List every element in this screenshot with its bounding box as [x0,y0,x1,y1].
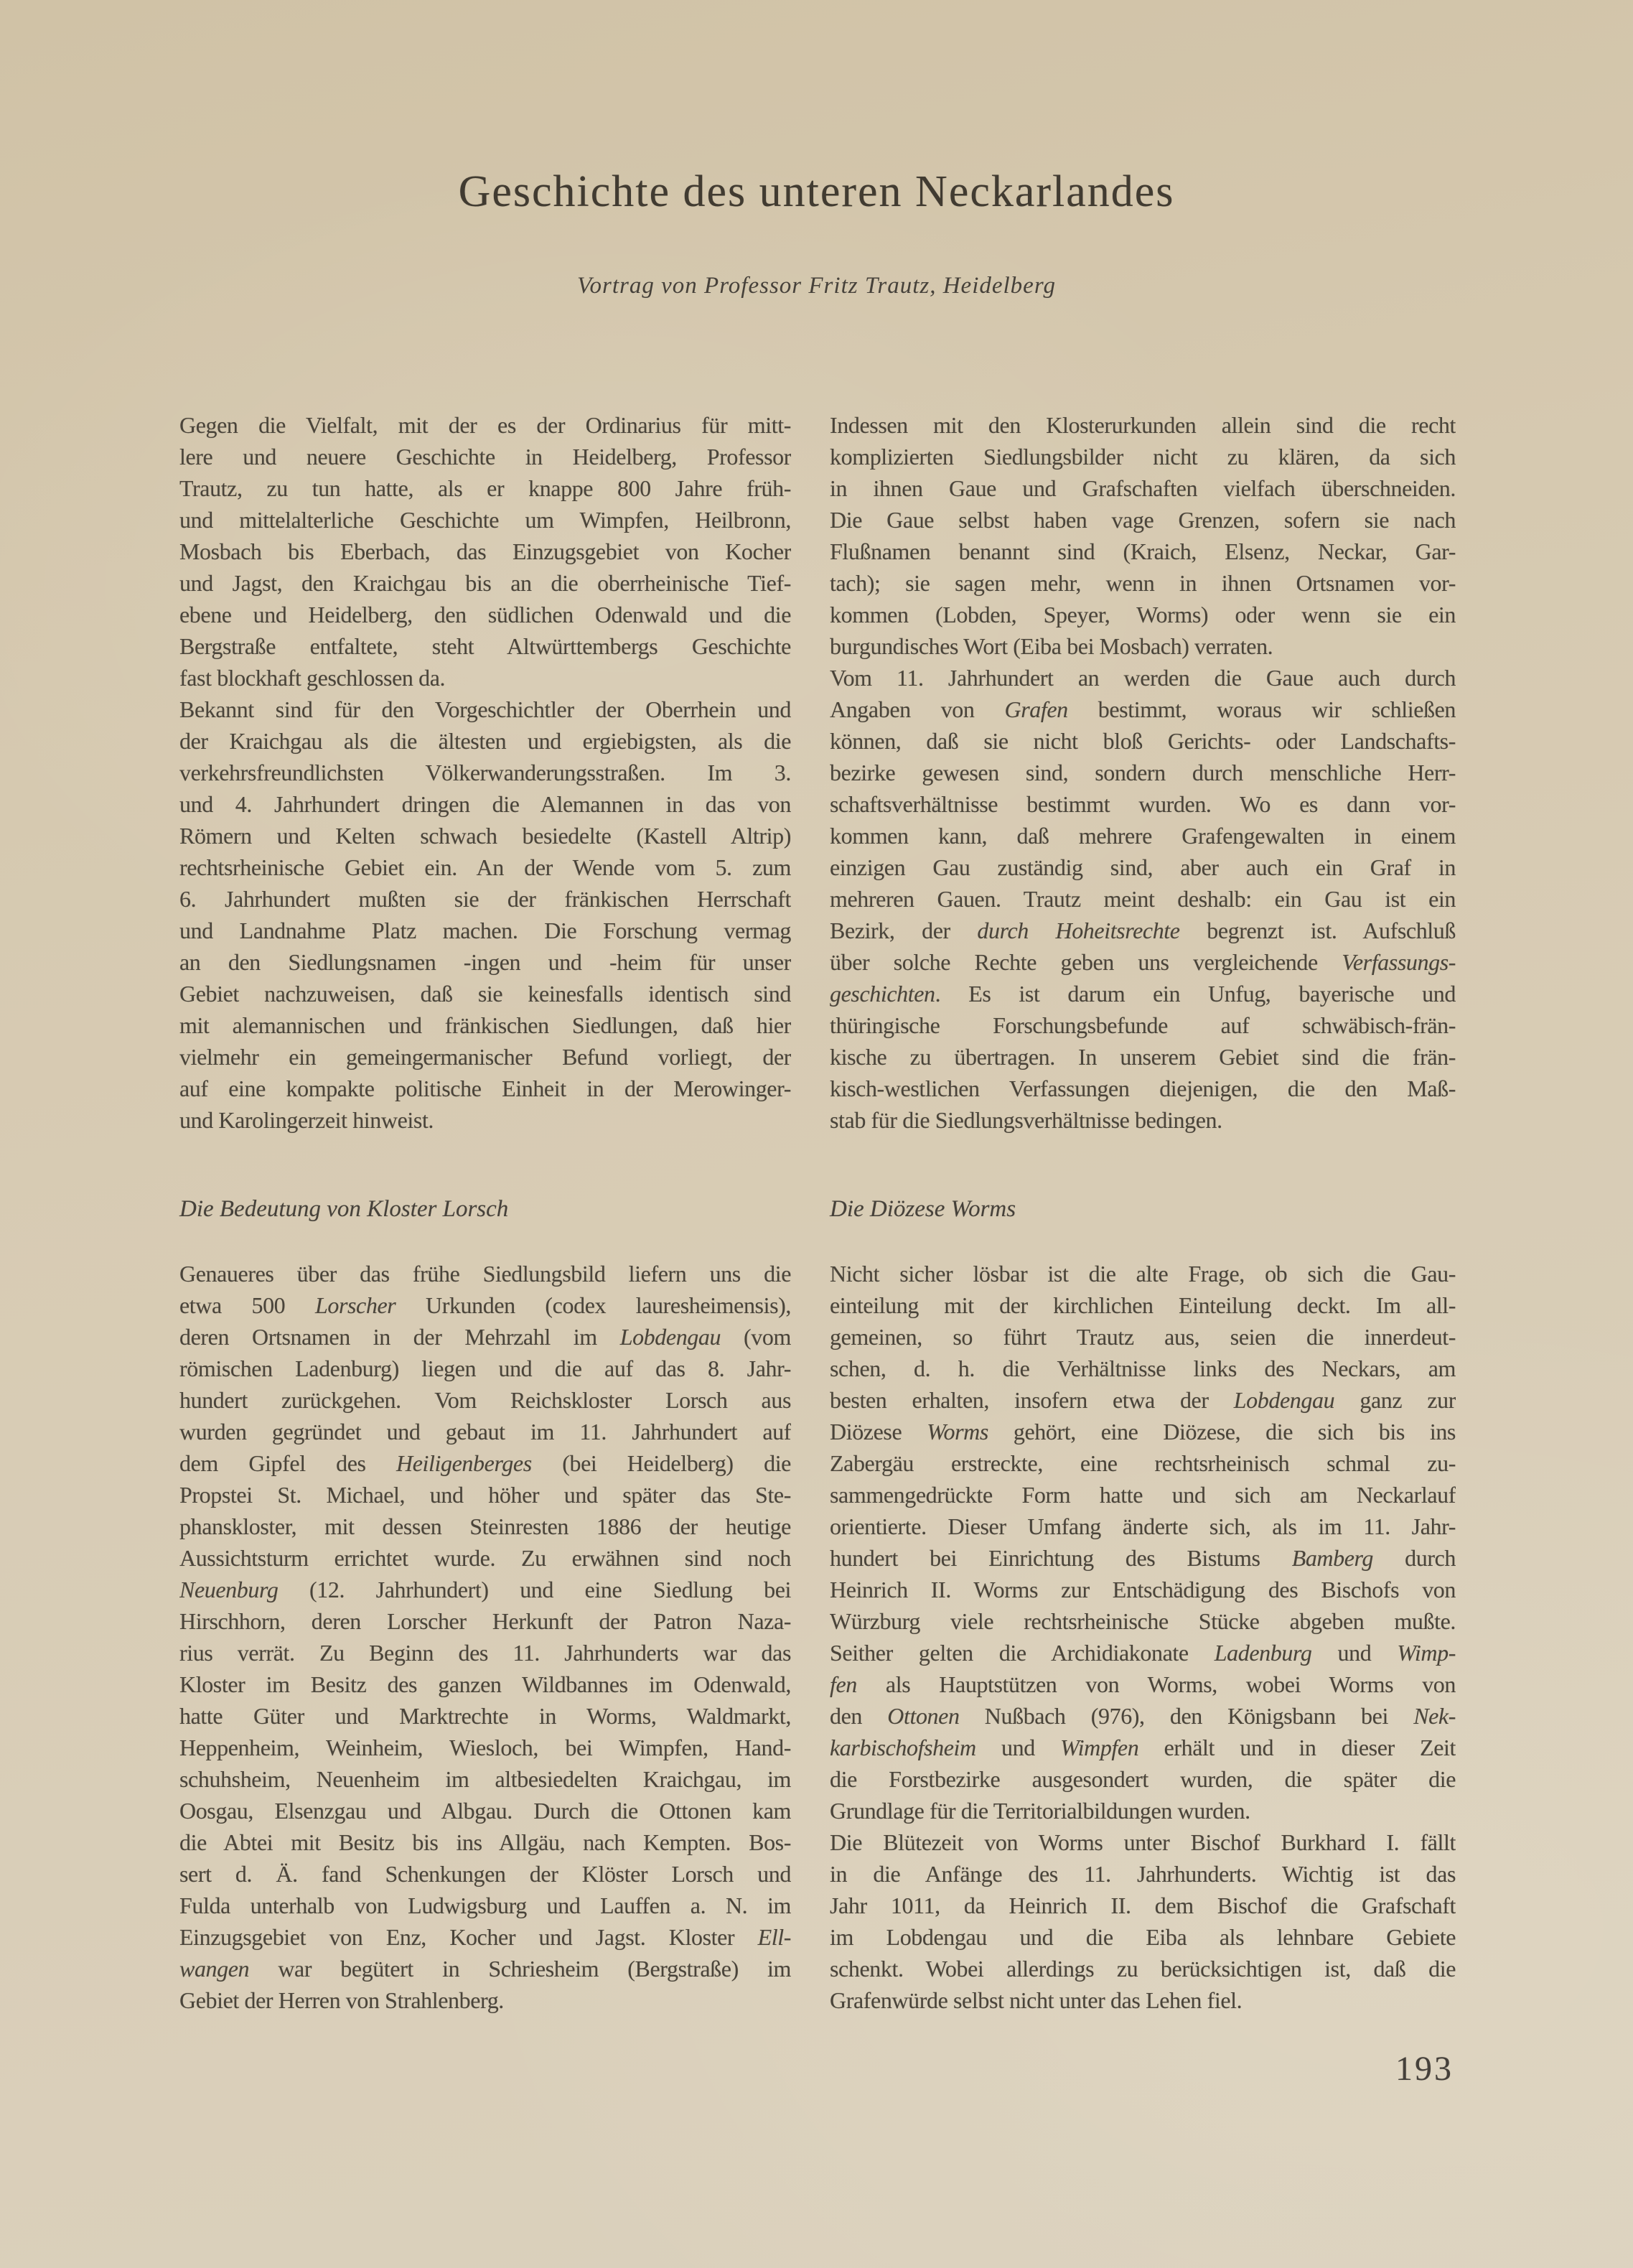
italic-run: Ladenburg [1215,1640,1312,1666]
text-line: orientierte. Dieser Umfang änderte sich,… [830,1511,1456,1542]
italic-run: Bamberg [1292,1545,1373,1571]
text-line: und Karolingerzeit hinweist. [179,1104,791,1136]
text-line: Propstei St. Michael, und höher und spät… [179,1479,791,1511]
text-line: komplizierten Siedlungsbilder nicht zu k… [830,441,1456,472]
text-line: sert d. Ä. fand Schenkungen der Klöster … [179,1858,791,1890]
italic-run: Ottonen [887,1703,959,1729]
text-line: Bezirk, der durch Hoheitsrechte begrenzt… [830,915,1456,946]
text-line: Gegen die Vielfalt, mit der es der Ordin… [179,409,791,441]
text-line: etwa 500 Lorscher Urkunden (codex laures… [179,1289,791,1321]
text-line: Aussichtsturm errichtet wurde. Zu erwähn… [179,1542,791,1574]
text-line: schen, d. h. die Verhältnisse links des … [830,1353,1456,1384]
text-line: Bekannt sind für den Vorgeschichtler der… [179,694,791,725]
text-line: wurden gegründet und gebaut im 11. Jahrh… [179,1416,791,1447]
text-line: fast blockhaft geschlossen da. [179,662,791,694]
paragraph: Gegen die Vielfalt, mit der es der Ordin… [179,409,791,694]
text-line: Jahr 1011, da Heinrich II. dem Bischof d… [830,1890,1456,1921]
text-line: Flußnamen benannt sind (Kraich, Elsenz, … [830,536,1456,567]
paragraph: Genaueres über das frühe Siedlungsbild l… [179,1258,791,2016]
page-subtitle: Vortrag von Professor Fritz Trautz, Heid… [0,273,1633,299]
text-line: burgundisches Wort (Eiba bei Mosbach) ve… [830,630,1456,662]
text-line: Trautz, zu tun hatte, als er knappe 800 … [179,472,791,504]
text-line: rechtsrheinische Gebiet ein. An der Wend… [179,851,791,883]
text-line: über solche Rechte geben uns vergleichen… [830,946,1456,978]
text-line: schuhsheim, Neuenheim im altbesiedelten … [179,1763,791,1795]
text-line: in die Anfänge des 11. Jahrhunderts. Wic… [830,1858,1456,1890]
text-line: Die Blütezeit von Worms unter Bischof Bu… [830,1826,1456,1858]
text-line: Heppenheim, Weinheim, Wiesloch, bei Wimp… [179,1732,791,1763]
text-line: tach); sie sagen mehr, wenn in ihnen Ort… [830,567,1456,599]
text-line: 6. Jahrhundert mußten sie der fränkische… [179,883,791,915]
italic-run: Grafen [1005,696,1068,722]
text-line: und 4. Jahrhundert dringen die Alemannen… [179,788,791,820]
text-line: sammengedrückte Form hatte und sich am N… [830,1479,1456,1511]
text-line: thüringische Forschungsbefunde auf schwä… [830,1009,1456,1041]
text-line: Fulda unterhalb von Ludwigsburg und Lauf… [179,1890,791,1921]
text-line: die Forstbezirke ausgesondert wurden, di… [830,1763,1456,1795]
text-line: Nicht sicher lösbar ist die alte Frage, … [830,1258,1456,1289]
paragraph: Nicht sicher lösbar ist die alte Frage, … [830,1258,1456,1826]
page-number: 193 [1395,2049,1454,2089]
text-line: kische zu übertragen. In unserem Gebiet … [830,1041,1456,1073]
text-line: dem Gipfel des Heiligenberges (bei Heide… [179,1447,791,1479]
italic-run: geschichten [830,981,935,1007]
italic-run: Heiligenberges [396,1450,532,1476]
text-line: Bergstraße entfaltete, steht Altwürttemb… [179,630,791,662]
text-line: ebene und Heidelberg, den südlichen Oden… [179,599,791,630]
text-line: und Landnahme Platz machen. Die Forschun… [179,915,791,946]
text-line: Die Gaue selbst haben vage Grenzen, sofe… [830,504,1456,536]
text-line: der Kraichgau als die ältesten und ergie… [179,725,791,757]
text-line: hatte Güter und Marktrechte in Worms, Wa… [179,1700,791,1732]
text-line: Römern und Kelten schwach besiedelte (Ka… [179,820,791,851]
text-line: schaftsverhältnisse bestimmt wurden. Wo … [830,788,1456,820]
page-title: Geschichte des unteren Neckarlandes [0,167,1633,218]
text-line: hundert zurückgehen. Vom Reichskloster L… [179,1384,791,1416]
text-line: kommen kann, daß mehrere Grafengewalten … [830,820,1456,851]
text-line: Diözese Worms gehört, eine Diözese, die … [830,1416,1456,1447]
text-line: phanskloster, mit dessen Steinresten 188… [179,1511,791,1542]
text-line: und Jagst, den Kraichgau bis an die ober… [179,567,791,599]
text-line: vielmehr ein gemeingermanischer Befund v… [179,1041,791,1073]
text-line: gemeinen, so führt Trautz aus, seien die… [830,1321,1456,1353]
text-column-left: Gegen die Vielfalt, mit der es der Ordin… [179,409,791,2016]
text-line: verkehrsfreundlichsten Völkerwanderungss… [179,757,791,788]
text-line: an den Siedlungsnamen -ingen und -heim f… [179,946,791,978]
text-line: Gebiet der Herren von Strahlenberg. [179,1984,791,2016]
italic-run: Lobdengau [620,1324,721,1350]
italic-run: Ell- [758,1924,791,1950]
text-line: kisch-westlichen Verfassungen diejenigen… [830,1073,1456,1104]
text-line: einteilung mit der kirchlichen Einteilun… [830,1289,1456,1321]
text-line: Mosbach bis Eberbach, das Einzugsgebiet … [179,536,791,567]
italic-run: Lorscher [315,1292,396,1318]
italic-run: Worms [927,1419,988,1445]
text-line: in ihnen Gaue und Grafschaften vielfach … [830,472,1456,504]
text-line: bezirke gewesen sind, sondern durch mens… [830,757,1456,788]
italic-run: Verfassungs- [1342,949,1456,975]
text-line: schenkt. Wobei allerdings zu berücksicht… [830,1953,1456,1984]
text-line: Würzburg viele rechtsrheinische Stücke a… [830,1605,1456,1637]
text-line: Seither gelten die Archidiakonate Ladenb… [830,1637,1456,1669]
text-line: Genaueres über das frühe Siedlungsbild l… [179,1258,791,1289]
text-line: besten erhalten, insofern etwa der Lobde… [830,1384,1456,1416]
italic-run: wangen [179,1956,249,1982]
text-column-right: Indessen mit den Klosterurkunden allein … [830,409,1456,2016]
text-line: Grafenwürde selbst nicht unter das Lehen… [830,1984,1456,2016]
italic-run: Nek- [1413,1703,1456,1729]
text-line: Zabergäu erstreckte, eine rechtsrheinisc… [830,1447,1456,1479]
text-line: fen als Hauptstützen von Worms, wobei Wo… [830,1669,1456,1700]
text-line: im Lobdengau und die Eiba als lehnbare G… [830,1921,1456,1953]
italic-run: Lobdengau [1234,1387,1334,1413]
italic-run: Wimpfen [1060,1735,1138,1760]
paragraph: Vom 11. Jahrhundert an werden die Gaue a… [830,662,1456,1136]
text-line: kommen (Lobden, Speyer, Worms) oder wenn… [830,599,1456,630]
italic-run: Wimp- [1397,1640,1456,1666]
text-line: Heinrich II. Worms zur Entschädigung des… [830,1574,1456,1605]
text-line: und mittelalterliche Geschichte um Wimpf… [179,504,791,536]
paragraph: Indessen mit den Klosterurkunden allein … [830,409,1456,662]
text-line: Indessen mit den Klosterurkunden allein … [830,409,1456,441]
text-line: karbischofsheim und Wimpfen erhält und i… [830,1732,1456,1763]
italic-run: durch Hoheitsrechte [977,918,1179,943]
text-line: Einzugsgebiet von Enz, Kocher und Jagst.… [179,1921,791,1953]
paragraph: Die Blütezeit von Worms unter Bischof Bu… [830,1826,1456,2016]
text-line: lere und neuere Geschichte in Heidelberg… [179,441,791,472]
text-line: Vom 11. Jahrhundert an werden die Gaue a… [830,662,1456,694]
text-line: einzigen Gau zuständig sind, aber auch e… [830,851,1456,883]
text-line: rius verrät. Zu Beginn des 11. Jahrhunde… [179,1637,791,1669]
text-line: den Ottonen Nußbach (976), den Königsban… [830,1700,1456,1732]
text-line: Hirschhorn, deren Lorscher Herkunft der … [179,1605,791,1637]
section-heading: Die Diözese Worms [830,1193,1456,1225]
italic-run: fen [830,1671,857,1697]
paragraph: Bekannt sind für den Vorgeschichtler der… [179,694,791,1136]
scanned-book-page: Geschichte des unteren Neckarlandes Vort… [0,0,1633,2268]
text-line: können, daß sie nicht bloß Gerichts- ode… [830,725,1456,757]
italic-run: Neuenburg [179,1577,278,1602]
text-line: die Abtei mit Besitz bis ins Allgäu, nac… [179,1826,791,1858]
text-line: mit alemannischen und fränkischen Siedlu… [179,1009,791,1041]
text-line: mehreren Gauen. Trautz meint deshalb: ei… [830,883,1456,915]
text-line: stab für die Siedlungsverhältnisse bedin… [830,1104,1456,1136]
text-line: Oosgau, Elsenzgau und Albgau. Durch die … [179,1795,791,1826]
text-line: Gebiet nachzuweisen, daß sie keinesfalls… [179,978,791,1009]
text-line: Grundlage für die Territorialbildungen w… [830,1795,1456,1826]
text-line: hundert bei Einrichtung des Bistums Bamb… [830,1542,1456,1574]
text-line: wangen war begütert in Schriesheim (Berg… [179,1953,791,1984]
section-heading: Die Bedeutung von Kloster Lorsch [179,1193,791,1225]
text-line: Neuenburg (12. Jahrhundert) und eine Sie… [179,1574,791,1605]
text-line: Angaben von Grafen bestimmt, woraus wir … [830,694,1456,725]
text-line: geschichten. Es ist darum ein Unfug, bay… [830,978,1456,1009]
text-line: deren Ortsnamen in der Mehrzahl im Lobde… [179,1321,791,1353]
text-line: Kloster im Besitz des ganzen Wildbannes … [179,1669,791,1700]
italic-run: karbischofsheim [830,1735,976,1760]
text-line: römischen Ladenburg) liegen und die auf … [179,1353,791,1384]
text-line: auf eine kompakte politische Einheit in … [179,1073,791,1104]
